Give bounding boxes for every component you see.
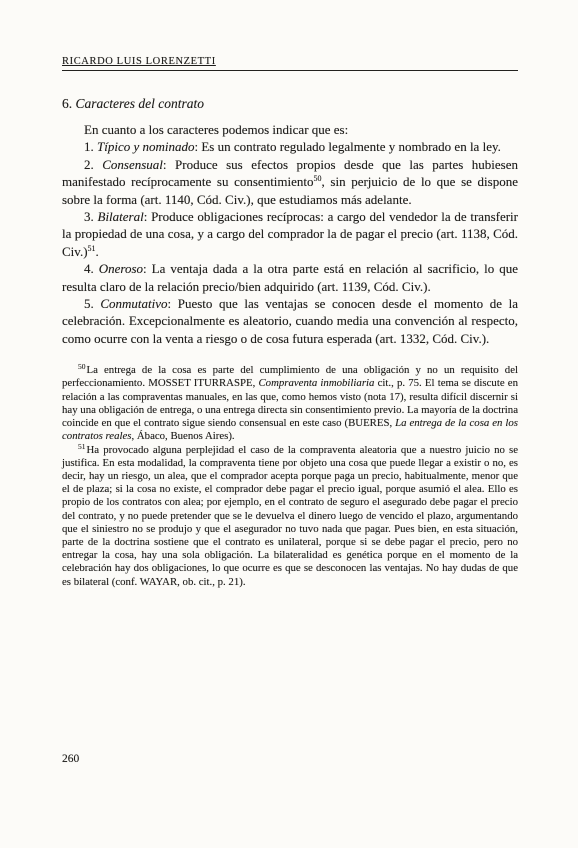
section-number: 6. xyxy=(62,96,72,111)
intro-paragraph: En cuanto a los caracteres podemos indic… xyxy=(62,121,518,138)
footnote-ref-50: 50 xyxy=(314,174,322,183)
item-term: Típico y nominado xyxy=(97,139,195,154)
footnote-ref-51: 51 xyxy=(88,244,96,253)
running-header-author: RICARDO LUIS LORENZETTI xyxy=(62,56,216,67)
item-text-after: . xyxy=(96,244,99,259)
scanned-book-page: RICARDO LUIS LORENZETTI 6. Caracteres de… xyxy=(0,0,578,848)
item-number: 2. xyxy=(84,157,102,172)
contract-item-4: 4. Oneroso: La ventaja dada a la otra pa… xyxy=(62,260,518,295)
item-term: Conmutativo xyxy=(100,296,167,311)
section-heading: 6. Caracteres del contrato xyxy=(62,96,518,112)
footnote-marker-50: 50 xyxy=(78,362,86,371)
footnote-51: 51Ha provocado alguna perplejidad el cas… xyxy=(62,444,518,589)
item-number: 1. xyxy=(84,139,97,154)
contract-item-1: 1. Típico y nominado: Es un contrato reg… xyxy=(62,138,518,155)
contract-item-3: 3. Bilateral: Produce obligaciones recíp… xyxy=(62,208,518,260)
footnote-50: 50La entrega de la cosa es parte del cum… xyxy=(62,364,518,443)
footnotes-block: 50La entrega de la cosa es parte del cum… xyxy=(62,364,518,588)
contract-item-2: 2. Consensual: Produce sus efectos propi… xyxy=(62,156,518,208)
item-text: : Es un contrato regulado legalmente y n… xyxy=(195,139,501,154)
item-number: 5. xyxy=(84,296,100,311)
section-title: Caracteres del contrato xyxy=(76,96,204,111)
body-text: En cuanto a los caracteres podemos indic… xyxy=(62,121,518,347)
item-term: Consensual xyxy=(102,157,163,172)
contract-item-5: 5. Conmutativo: Puesto que las ventajas … xyxy=(62,295,518,347)
item-number: 4. xyxy=(84,261,99,276)
intro-text: En cuanto a los caracteres podemos indic… xyxy=(84,122,348,137)
footnote-text: , Ábaco, Buenos Aires). xyxy=(131,430,234,442)
text-block: RICARDO LUIS LORENZETTI 6. Caracteres de… xyxy=(62,56,518,589)
page-number: 260 xyxy=(62,753,79,765)
item-number: 3. xyxy=(84,209,98,224)
footnote-text: Ha provocado alguna perplejidad el caso … xyxy=(62,444,518,588)
footnote-marker-51: 51 xyxy=(78,442,86,451)
item-term: Oneroso xyxy=(99,261,143,276)
item-term: Bilateral xyxy=(98,209,144,224)
footnote-work-title: Compraventa inmobiliaria xyxy=(258,377,374,389)
running-header: RICARDO LUIS LORENZETTI xyxy=(62,56,518,71)
